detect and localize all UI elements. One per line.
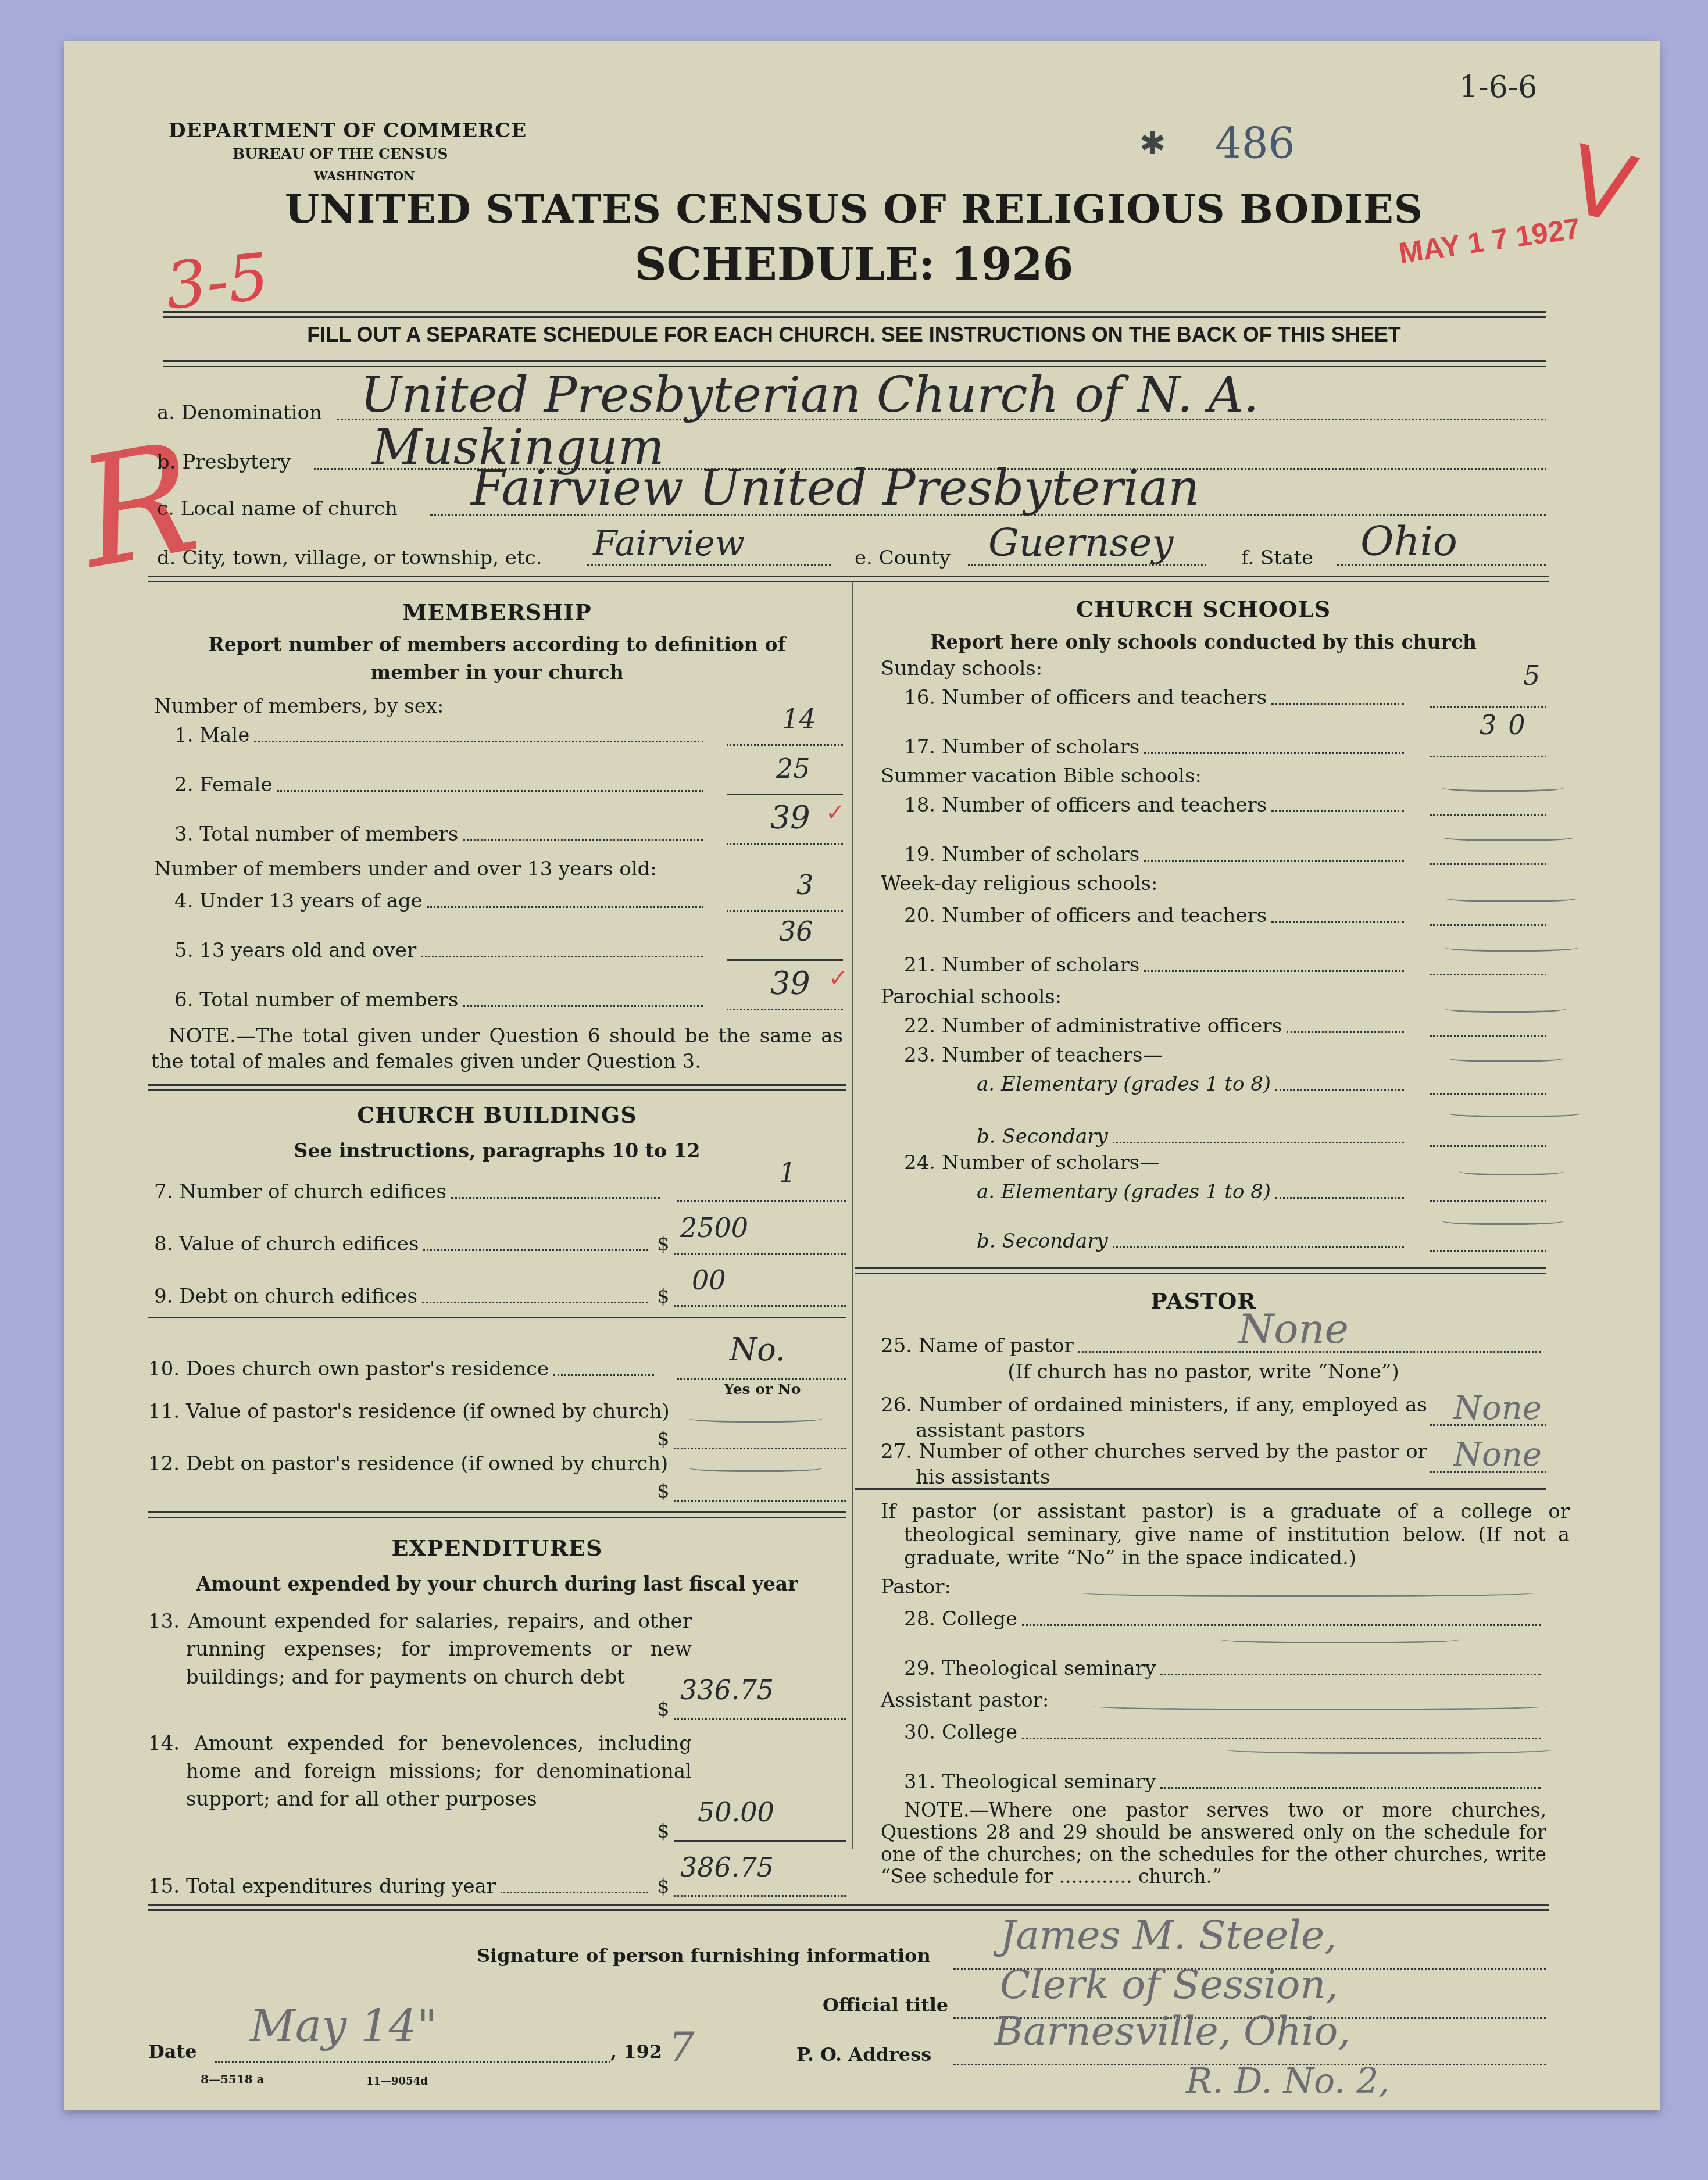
yes-or-no-hint: Yes or No: [724, 1381, 801, 1398]
q9-row: 9. Debt on church edifices: [154, 1285, 654, 1308]
schools-rule: [855, 1267, 1546, 1274]
official-title-value: Clerk of Session,: [1000, 1962, 1338, 2008]
q22-row: 22. Number of administrative officers: [904, 1014, 1410, 1038]
q15-dollar-sign: $: [657, 1875, 670, 1898]
q16-value: 5: [1523, 660, 1540, 691]
q2-label: 2. Female: [174, 773, 273, 796]
q18-label: 18. Number of officers and teachers: [904, 794, 1267, 817]
q20-row: 20. Number of officers and teachers: [904, 904, 1410, 927]
q13-dollar-sign: $: [657, 1697, 670, 1721]
official-title-label: Official title: [823, 1994, 948, 2016]
vacation-schools-heading: Summer vacation Bible schools:: [881, 764, 1202, 788]
q18-blank-dash: [1442, 782, 1564, 792]
q7-edifices-field[interactable]: [677, 1177, 846, 1202]
q3-check-icon: ✓: [826, 799, 845, 826]
q9-dollar-sign: $: [657, 1285, 670, 1308]
q18-field[interactable]: [1430, 791, 1546, 816]
q6-check-icon: ✓: [828, 965, 848, 992]
q1-male-value: 14: [782, 703, 816, 735]
q12-blank-dash: [689, 1462, 823, 1472]
weekday-schools-heading: Week-day religious schools:: [881, 872, 1157, 895]
q22-label: 22. Number of administrative officers: [904, 1014, 1282, 1038]
q24b-row: b. Secondary: [977, 1230, 1410, 1253]
q22-field[interactable]: [1430, 1012, 1546, 1037]
state-label: f. State: [1241, 546, 1313, 570]
q3-label: 3. Total number of members: [174, 823, 458, 846]
q4-label: 4. Under 13 years of age: [174, 889, 423, 913]
members-by-age-label: Number of members under and over 13 year…: [154, 857, 657, 881]
q17-value: 30: [1480, 709, 1537, 741]
q4-under13-field[interactable]: [727, 887, 843, 912]
q20-label: 20. Number of officers and teachers: [904, 904, 1267, 927]
date-value: May 14": [250, 2000, 437, 2052]
q19-row: 19. Number of scholars: [904, 843, 1410, 866]
fill-out-instruction: FILL OUT A SEPARATE SCHEDULE FOR EACH CH…: [0, 323, 1708, 347]
q23a-field[interactable]: [1430, 1070, 1546, 1095]
q5-over13-value: 36: [779, 916, 813, 947]
buildings-inner-rule: [148, 1317, 846, 1318]
print-number: 11—9054d: [366, 2075, 428, 2088]
q21-field[interactable]: [1430, 950, 1546, 975]
q11-blank-dash: [689, 1413, 823, 1423]
q11-residence-value-field[interactable]: [674, 1424, 846, 1449]
q21-label: 21. Number of scholars: [904, 953, 1139, 977]
presbytery-label: b. Presbytery: [157, 451, 291, 474]
po-address-line2: R. D. No. 2,: [1186, 2061, 1389, 2102]
q22-blank-dash: [1445, 1003, 1567, 1013]
q9-debt-value: 00: [692, 1264, 726, 1296]
q7-row: 7. Number of church edifices: [154, 1180, 666, 1203]
q19-label: 19. Number of scholars: [904, 843, 1139, 866]
q24a-row: a. Elementary (grades 1 to 8): [977, 1180, 1410, 1203]
q24b-field[interactable]: [1430, 1227, 1546, 1252]
q3-total-row: 3. Total number of members: [174, 823, 709, 846]
q14-label: 14. Amount expended for benevolences, in…: [148, 1729, 692, 1813]
year-suffix-value: 7: [669, 2023, 695, 2071]
membership-title: MEMBERSHIP: [148, 599, 846, 625]
year-prefix: , 192: [610, 2040, 662, 2063]
q23a-blank-dash: [1448, 1052, 1564, 1062]
county-value: Guernsey: [988, 520, 1174, 565]
county-label: e. County: [855, 546, 951, 570]
q24b-label: b. Secondary: [977, 1230, 1108, 1253]
stamp-number: 486: [1215, 119, 1295, 168]
q13-label: 13. Amount expended for salaries, repair…: [148, 1607, 692, 1691]
q20-blank-dash: [1445, 892, 1578, 902]
membership-note: NOTE.—The total given under Question 6 s…: [151, 1023, 843, 1074]
graduate-instruction: If pastor (or assistant pastor) is a gra…: [881, 1500, 1570, 1570]
q8-label: 8. Value of church edifices: [154, 1232, 419, 1256]
q11-dollar-sign: $: [657, 1427, 670, 1450]
seal-icon: ✱: [1139, 125, 1166, 162]
assistant-pastor-heading: Assistant pastor:: [881, 1689, 1049, 1712]
q24a-blank-dash: [1459, 1166, 1564, 1175]
q10-label: 10. Does church own pastor's residence: [148, 1357, 549, 1381]
q29-row[interactable]: 29. Theological seminary: [904, 1657, 1546, 1680]
denomination-label: a. Denomination: [157, 401, 322, 424]
id-section-rule: [148, 576, 1549, 582]
q31-label: 31. Theological seminary: [904, 1770, 1156, 1793]
pastor-heading: Pastor:: [881, 1575, 951, 1599]
city-name: WASHINGTON: [314, 169, 415, 183]
q16-row: 16. Number of officers and teachers: [904, 686, 1410, 709]
q17-row: 17. Number of scholars: [904, 735, 1410, 759]
q17-label: 17. Number of scholars: [904, 735, 1139, 759]
q15-total-expenditures-value: 386.75: [680, 1852, 774, 1883]
membership-subtitle: Report number of members according to de…: [192, 631, 802, 687]
q1-male-row: 1. Male: [174, 724, 709, 747]
q30-label: 30. College: [904, 1721, 1017, 1744]
q28-row[interactable]: 28. College: [904, 1607, 1546, 1631]
pastor-rule: [855, 1488, 1546, 1490]
q5-label: 5. 13 years old and over: [174, 939, 416, 962]
q23a-row: a. Elementary (grades 1 to 8): [977, 1073, 1410, 1096]
q24a-field[interactable]: [1430, 1177, 1546, 1202]
membership-rule: [148, 1084, 846, 1091]
q14-dollar-sign: $: [657, 1820, 670, 1843]
q7-edifices-value: 1: [779, 1157, 796, 1188]
church-buildings-subtitle: See instructions, paragraphs 10 to 12: [148, 1139, 846, 1162]
city-value: Fairview: [593, 523, 745, 564]
q28-blank-dash: [1081, 1587, 1535, 1597]
q3-total-value: 39: [770, 799, 810, 836]
q31-blank-dash: [1227, 1744, 1552, 1754]
church-schools-subtitle: Report here only schools conducted by th…: [860, 631, 1546, 653]
denomination-value: United Presbyterian Church of N. A.: [360, 366, 1259, 423]
schedule-title: SCHEDULE: 1926: [0, 238, 1708, 290]
q29-label: 29. Theological seminary: [904, 1657, 1156, 1680]
q15-row: 15. Total expenditures during year: [148, 1875, 654, 1898]
q12-residence-debt-field[interactable]: [674, 1477, 846, 1502]
q31-row[interactable]: 31. Theological seminary: [904, 1770, 1546, 1793]
q25-row: 25. Name of pastor: [881, 1334, 1546, 1357]
po-address-label: P. O. Address: [796, 2043, 931, 2065]
q27-other-churches-value: None: [1453, 1436, 1542, 1474]
q30-blank-dash: [1093, 1700, 1546, 1710]
q30-row[interactable]: 30. College: [904, 1721, 1546, 1744]
q24b-blank-dash: [1442, 1215, 1564, 1225]
q12-dollar-sign: $: [657, 1479, 670, 1503]
q15-label: 15. Total expenditures during year: [148, 1875, 496, 1898]
bureau-name: BUREAU OF THE CENSUS: [233, 145, 448, 162]
q26-assistant-pastors-value: None: [1453, 1389, 1542, 1427]
q23b-field[interactable]: [1430, 1122, 1546, 1147]
q6-label: 6. Total number of members: [174, 988, 458, 1012]
q5-over13-row: 5. 13 years old and over: [174, 939, 709, 962]
local-name-value: Fairview United Presbyterian: [471, 459, 1199, 516]
q7-label: 7. Number of church edifices: [154, 1180, 446, 1203]
q14-benevolences-value: 50.00: [698, 1796, 774, 1828]
footer-rule: [148, 1904, 1549, 1911]
q4-under13-value: 3: [796, 869, 813, 900]
signature-label: Signature of person furnishing informati…: [477, 1945, 931, 1967]
form-number: 8—5518 a: [201, 2072, 265, 2086]
q21-row: 21. Number of scholars: [904, 953, 1410, 977]
buildings-rule: [148, 1511, 846, 1518]
state-value: Ohio: [1360, 517, 1457, 565]
q18-row: 18. Number of officers and teachers: [904, 794, 1410, 817]
q24-label: 24. Number of scholars—: [904, 1151, 1159, 1174]
q20-field[interactable]: [1430, 901, 1546, 926]
q25-hint: (If church has no pastor, write “None”): [860, 1360, 1546, 1384]
column-divider: [852, 581, 853, 1849]
q23a-label: a. Elementary (grades 1 to 8): [977, 1073, 1271, 1096]
q28-label: 28. College: [904, 1607, 1017, 1631]
members-by-sex-label: Number of members, by sex:: [154, 695, 444, 718]
q6-total-row: 6. Total number of members: [174, 988, 709, 1012]
q8-dollar-sign: $: [657, 1232, 670, 1256]
q10-residence-value: No.: [730, 1331, 785, 1368]
q23b-label: b. Secondary: [977, 1125, 1108, 1148]
q23b-row: b. Secondary: [977, 1125, 1410, 1148]
department-name: DEPARTMENT OF COMMERCE: [169, 119, 527, 142]
q1-label: 1. Male: [174, 724, 249, 747]
q4-under13-row: 4. Under 13 years of age: [174, 889, 709, 913]
file-code: 1-6-6: [1459, 70, 1537, 105]
q23-label: 23. Number of teachers—: [904, 1043, 1162, 1067]
q8-row: 8. Value of church edifices: [154, 1232, 654, 1256]
q24a-label: a. Elementary (grades 1 to 8): [977, 1180, 1271, 1203]
q2-female-value: 25: [776, 753, 810, 784]
local-name-label: c. Local name of church: [157, 497, 398, 520]
q8-value-value: 2500: [680, 1212, 748, 1243]
form-title: UNITED STATES CENSUS OF RELIGIOUS BODIES: [0, 186, 1708, 233]
q26-label: 26. Number of ordained ministers, if any…: [881, 1392, 1427, 1443]
header-rule-top: [163, 311, 1546, 318]
q19-field[interactable]: [1430, 840, 1546, 865]
q10-row: 10. Does church own pastor's residence: [148, 1357, 660, 1381]
q2-female-row: 2. Female: [174, 773, 709, 796]
parochial-schools-heading: Parochial schools:: [881, 985, 1062, 1009]
q9-label: 9. Debt on church edifices: [154, 1285, 417, 1308]
q12-label: 12. Debt on pastor's residence (if owned…: [148, 1450, 692, 1477]
q16-label: 16. Number of officers and teachers: [904, 686, 1267, 709]
church-buildings-title: CHURCH BUILDINGS: [148, 1102, 846, 1128]
q13-running-expenses-value: 336.75: [680, 1674, 774, 1706]
q25-label: 25. Name of pastor: [881, 1334, 1074, 1357]
q23b-blank-dash: [1448, 1107, 1581, 1117]
expenditures-subtitle: Amount expended by your church during la…: [148, 1573, 846, 1595]
sunday-schools-heading: Sunday schools:: [881, 657, 1042, 680]
q19-blank-dash: [1442, 831, 1575, 841]
expenditures-title: EXPENDITURES: [148, 1535, 846, 1561]
q27-label: 27. Number of other churches served by t…: [881, 1439, 1427, 1490]
pastor-title: PASTOR: [860, 1288, 1546, 1314]
q11-label: 11. Value of pastor's residence (if owne…: [148, 1398, 692, 1425]
po-address-value: Barnesville, Ohio,: [994, 2009, 1350, 2054]
pastor-note: NOTE.—Where one pastor serves two or mor…: [881, 1799, 1546, 1888]
city-label: d. City, town, village, or township, etc…: [157, 546, 542, 570]
q6-total-value: 39: [770, 965, 810, 1002]
q29-blank-dash: [1221, 1634, 1459, 1643]
q21-blank-dash: [1445, 942, 1578, 952]
q25-pastor-name-value: None: [1238, 1305, 1349, 1353]
signature-value: James M. Steele,: [1000, 1913, 1337, 1959]
church-schools-title: CHURCH SCHOOLS: [860, 596, 1546, 622]
date-label: Date: [148, 2040, 197, 2063]
